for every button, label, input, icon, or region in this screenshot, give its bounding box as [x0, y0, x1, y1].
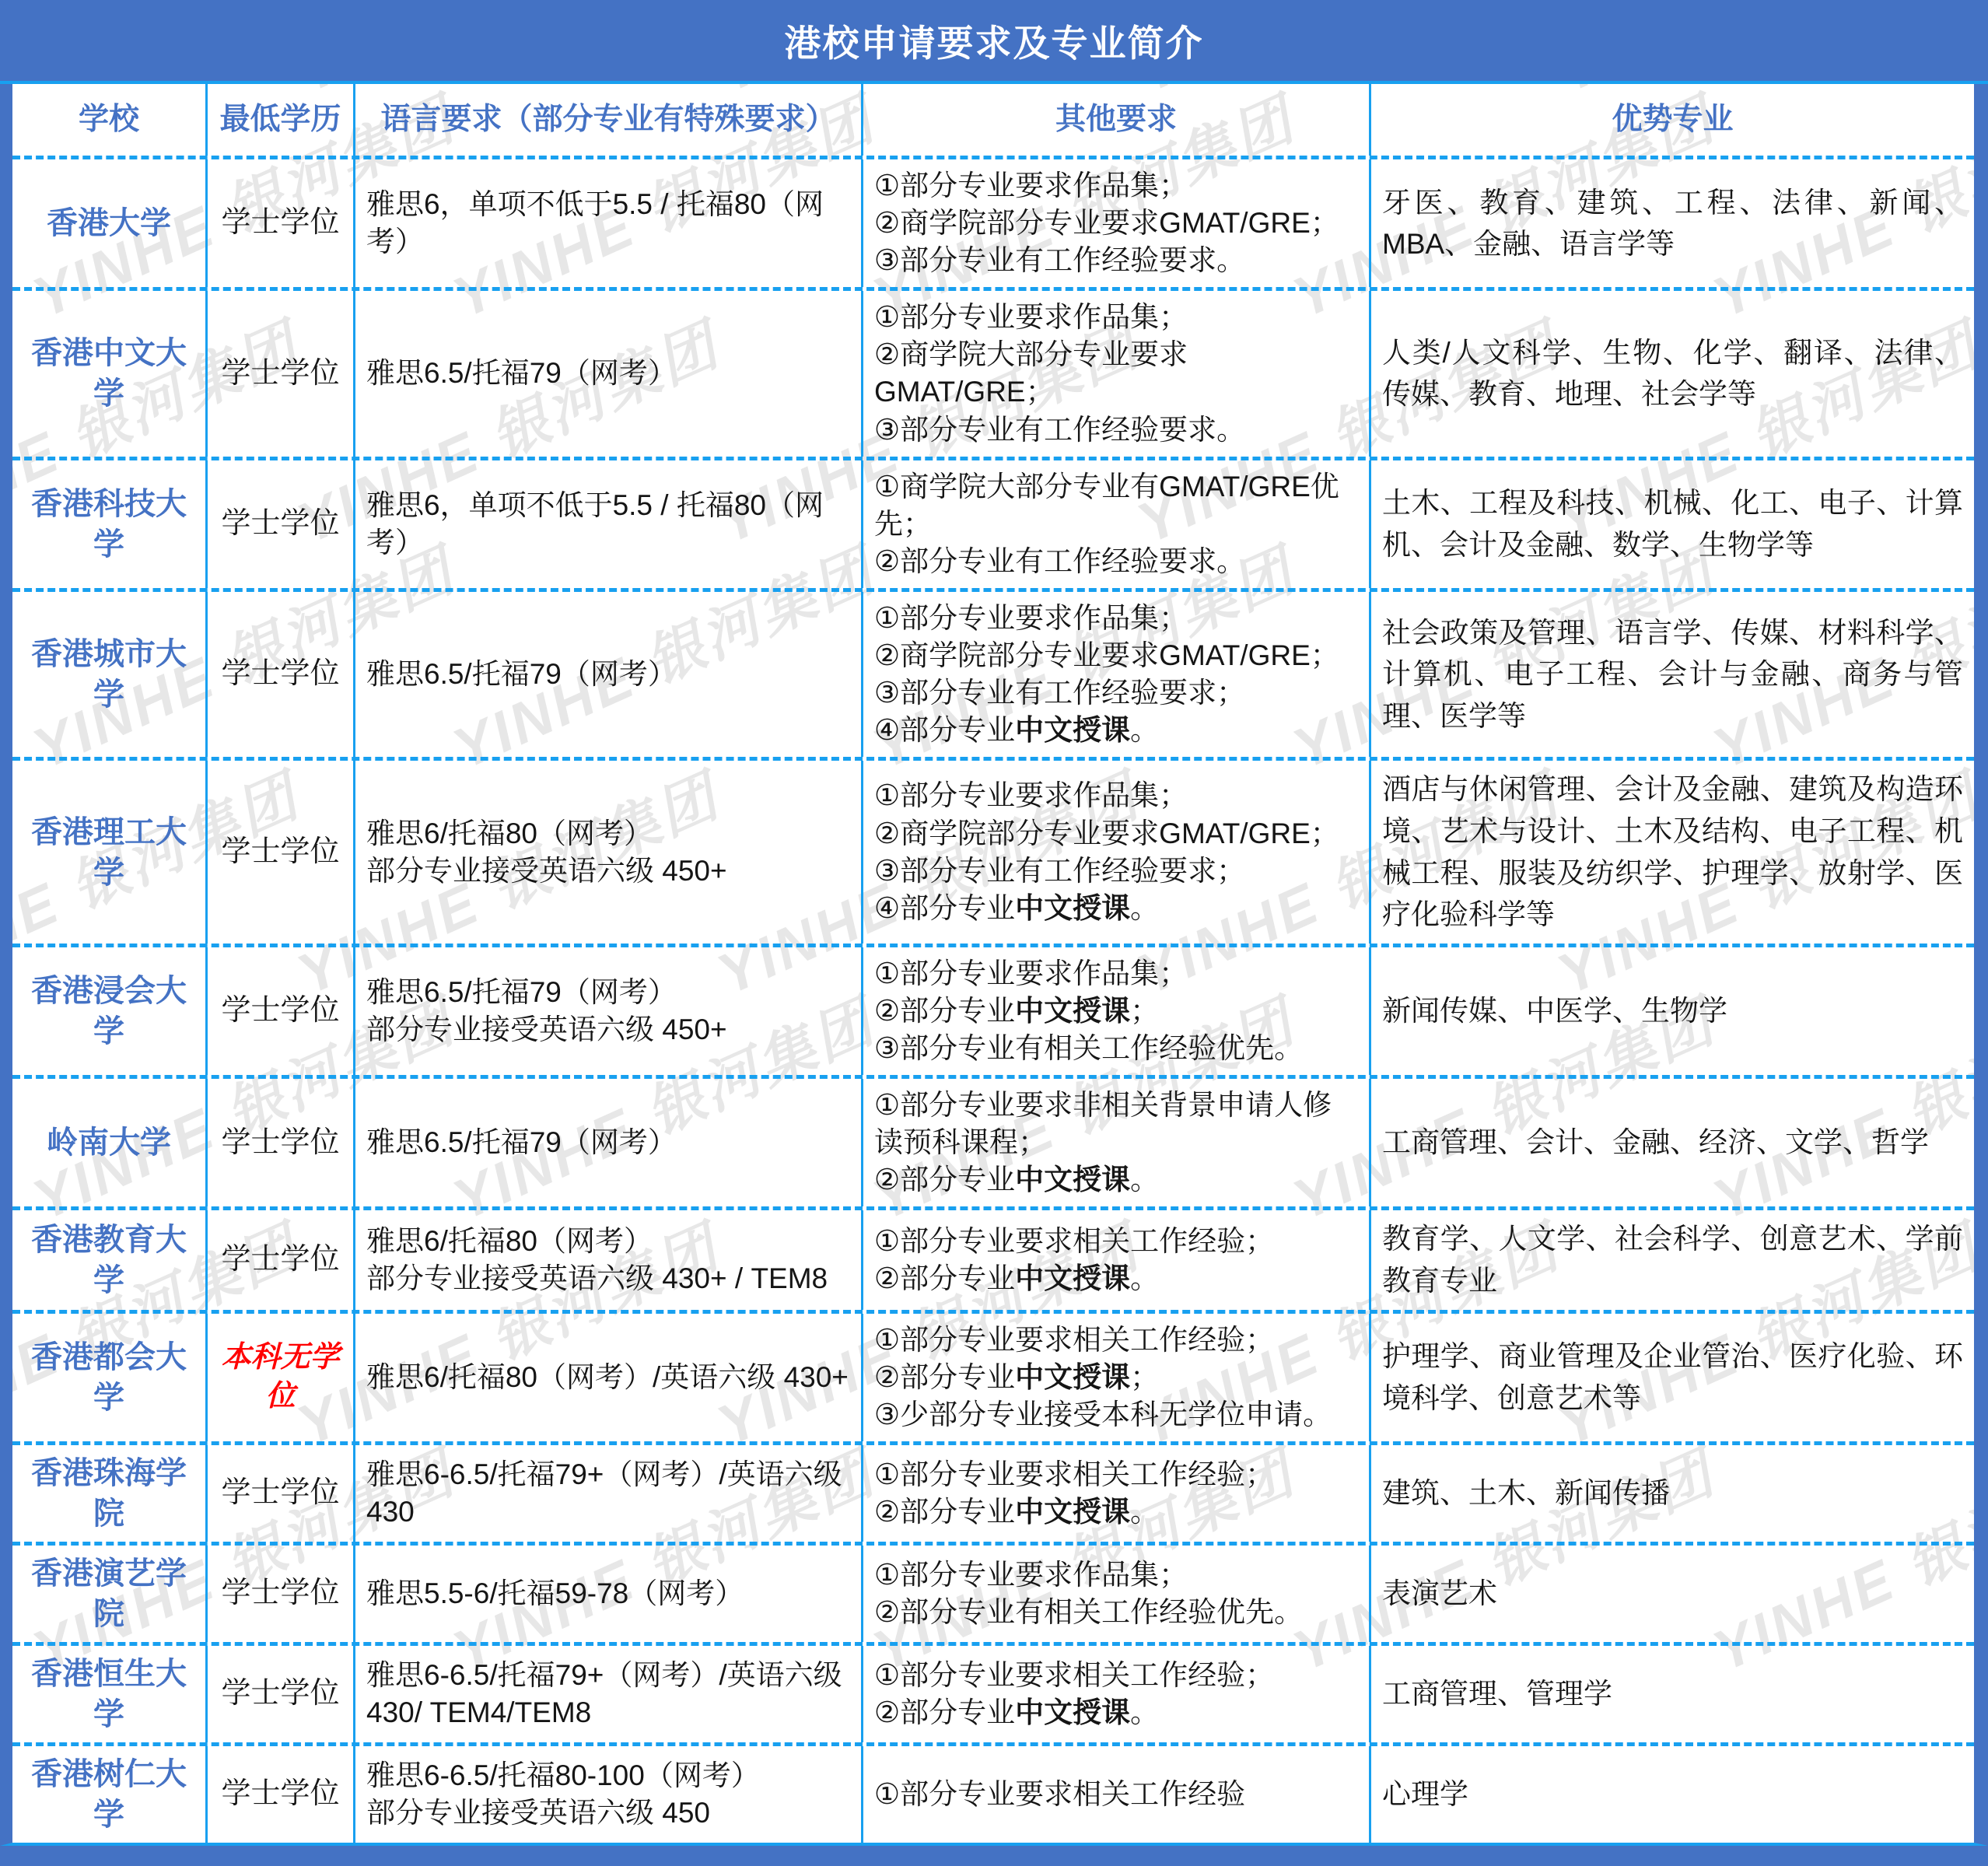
other-requirements: ①部分专业要求作品集；②部分专业中文授课；③部分专业有相关工作经验优先。: [861, 947, 1369, 1075]
other-requirement-item: ②部分专业有工作经验要求。: [874, 543, 1358, 580]
advantage-majors-text: 护理学、商业管理及企业管治、医疗化验、环境科学、创意艺术等: [1382, 1336, 1963, 1419]
other-requirement-item: ①部分专业要求相关工作经验；: [874, 1322, 1332, 1359]
other-requirement-item: ①部分专业要求相关工作经验；: [874, 1657, 1274, 1694]
language-requirement: 雅思6.5/托福79（网考）部分专业接受英语六级 450+: [353, 947, 861, 1075]
table-row: 香港浸会大学学士学位雅思6.5/托福79（网考）部分专业接受英语六级 450+①…: [12, 944, 1974, 1075]
other-requirements: ①部分专业要求作品集；②部分专业有相关工作经验优先。: [861, 1546, 1369, 1642]
advantage-majors-text: 新闻传媒、中医学、生物学: [1382, 990, 1727, 1032]
table-row: 香港中文大学学士学位雅思6.5/托福79（网考）①部分专业要求作品集；②商学院大…: [12, 287, 1974, 456]
school-name-text: 香港树仁大学: [23, 1754, 194, 1835]
language-requirement: 雅思6.5/托福79（网考）: [353, 592, 861, 757]
other-requirement-item: ②部分专业中文授课。: [874, 1260, 1274, 1297]
other-requirement-item: ①部分专业要求作品集；: [874, 955, 1303, 993]
language-line: 雅思6-6.5/托福79+（网考）/英语六级: [366, 1456, 842, 1493]
table-row: 香港都会大学本科无学位雅思6/托福80（网考）/英语六级 430+①部分专业要求…: [12, 1310, 1974, 1441]
table-header-row: 学校最低学历语言要求（部分专业有特殊要求）其他要求优势专业: [12, 84, 1974, 156]
other-requirement-item: ①部分专业要求作品集；: [874, 777, 1339, 814]
other-requirement-item: ①部分专业要求作品集；: [874, 600, 1339, 637]
other-requirement-item: ③部分专业有工作经验要求；: [874, 852, 1339, 890]
language-line: 雅思6，单项不低于5.5 / 托福80（网考）: [366, 487, 850, 562]
language-line: 雅思6/托福80（网考）: [366, 1223, 828, 1260]
other-requirement-item: ④部分专业中文授课。: [874, 712, 1339, 749]
bottom-border-bar: [0, 1846, 1988, 1866]
degree-text: 学士学位: [221, 992, 339, 1030]
advantage-majors: 社会政策及管理、语言学、传媒、材料科学、计算机、电子工程、会计与金融、商务与管理…: [1369, 592, 1974, 757]
degree-text: 学士学位: [221, 1124, 339, 1162]
other-requirement-item: ②商学院部分专业要求GMAT/GRE；: [874, 815, 1339, 852]
min-degree: 学士学位: [205, 1079, 353, 1206]
other-requirements: ①部分专业要求相关工作经验；②部分专业中文授课；③少部分专业接受本科无学位申请。: [861, 1314, 1369, 1441]
table-row: 香港教育大学学士学位雅思6/托福80（网考）部分专业接受英语六级 430+ / …: [12, 1206, 1974, 1309]
column-header-4: 其他要求: [861, 84, 1369, 156]
other-requirement-item: ①部分专业要求作品集；: [874, 167, 1339, 205]
advantage-majors: 心理学: [1369, 1746, 1974, 1843]
degree-text: 学士学位: [221, 833, 339, 871]
language-requirement: 雅思6-6.5/托福79+（网考）/英语六级430: [353, 1445, 861, 1542]
other-requirement-item: ②部分专业中文授课。: [874, 1694, 1274, 1731]
school-name: 香港恒生大学: [12, 1646, 205, 1742]
language-requirement: 雅思6.5/托福79（网考）: [353, 1079, 861, 1206]
school-name: 香港理工大学: [12, 761, 205, 944]
language-line: 部分专业接受英语六级 450: [366, 1794, 760, 1832]
language-line: 雅思6.5/托福79（网考）: [366, 656, 677, 693]
infographic-sheet: YINHE 银河集团YINHE 银河集团YINHE 银河集团YINHE 银河集团…: [0, 0, 1988, 1866]
language-requirement: 雅思6.5/托福79（网考）: [353, 291, 861, 456]
other-requirements: ①部分专业要求非相关背景申请人修读预科课程；②部分专业中文授课。: [861, 1079, 1369, 1206]
language-requirement: 雅思6，单项不低于5.5 / 托福80（网考）: [353, 159, 861, 287]
school-name: 香港城市大学: [12, 592, 205, 757]
other-requirements: ①部分专业要求作品集；②商学院部分专业要求GMAT/GRE；③部分专业有工作经验…: [861, 159, 1369, 287]
degree-no-bachelor-highlight: 本科无学位: [219, 1339, 342, 1416]
column-header-3: 语言要求（部分专业有特殊要求）: [353, 84, 861, 156]
other-requirement-item: ③部分专业有工作经验要求；: [874, 674, 1339, 712]
degree-text: 学士学位: [221, 1574, 339, 1612]
advantage-majors: 人类/人文科学、生物、化学、翻译、法律、传媒、教育、地理、社会学等: [1369, 291, 1974, 456]
advantage-majors: 工商管理、会计、金融、经济、文学、哲学: [1369, 1079, 1974, 1206]
other-requirement-item: ①部分专业要求作品集；: [874, 299, 1358, 336]
min-degree: 学士学位: [205, 1546, 353, 1642]
school-name: 香港演艺学院: [12, 1546, 205, 1642]
language-requirement: 雅思6-6.5/托福79+（网考）/英语六级430/ TEM4/TEM8: [353, 1646, 861, 1742]
school-name-text: 香港恒生大学: [23, 1654, 194, 1735]
other-requirement-item: ④部分专业中文授课。: [874, 890, 1339, 927]
advantage-majors: 护理学、商业管理及企业管治、医疗化验、环境科学、创意艺术等: [1369, 1314, 1974, 1441]
min-degree: 学士学位: [205, 1210, 353, 1309]
min-degree: 学士学位: [205, 592, 353, 757]
table-row: 香港科技大学学士学位雅思6，单项不低于5.5 / 托福80（网考）①商学院大部分…: [12, 457, 1974, 588]
school-name-text: 岭南大学: [47, 1122, 171, 1163]
other-requirements: ①部分专业要求相关工作经验；②部分专业中文授课。: [861, 1445, 1369, 1542]
other-requirement-item: ①部分专业要求相关工作经验；: [874, 1223, 1274, 1260]
language-line: 雅思6-6.5/托福80-100（网考）: [366, 1757, 760, 1794]
advantage-majors-text: 建筑、土木、新闻传播: [1382, 1472, 1670, 1514]
column-header-1: 学校: [12, 84, 205, 156]
degree-text: 学士学位: [221, 1241, 339, 1279]
min-degree: 学士学位: [205, 1646, 353, 1742]
school-name: 香港浸会大学: [12, 947, 205, 1075]
advantage-majors: 工商管理、管理学: [1369, 1646, 1974, 1742]
table-row: 香港城市大学学士学位雅思6.5/托福79（网考）①部分专业要求作品集；②商学院部…: [12, 588, 1974, 757]
school-name: 香港珠海学院: [12, 1445, 205, 1542]
language-line: 雅思5.5-6/托福59-78（网考）: [366, 1575, 744, 1612]
other-requirements: ①商学院大部分专业有GMAT/GRE优先；②部分专业有工作经验要求。: [861, 460, 1369, 588]
other-requirement-item: ②部分专业中文授课。: [874, 1493, 1274, 1531]
other-requirement-item: ③部分专业有相关工作经验优先。: [874, 1030, 1303, 1067]
other-requirement-item: ③部分专业有工作经验要求。: [874, 411, 1358, 449]
degree-text: 学士学位: [221, 505, 339, 543]
other-requirement-item: ①部分专业要求相关工作经验: [874, 1776, 1245, 1813]
language-requirement: 雅思6/托福80（网考）/英语六级 430+: [353, 1314, 861, 1441]
other-requirement-item: ②部分专业有相关工作经验优先。: [874, 1594, 1303, 1631]
degree-text: 学士学位: [221, 1675, 339, 1713]
other-requirement-item: ①商学院大部分专业有GMAT/GRE优先；: [874, 468, 1358, 543]
school-name: 香港树仁大学: [12, 1746, 205, 1843]
language-line: 雅思6/托福80（网考）/英语六级 430+: [366, 1359, 849, 1396]
language-line: 雅思6，单项不低于5.5 / 托福80（网考）: [366, 186, 850, 261]
other-requirement-item: ②部分专业中文授课。: [874, 1161, 1358, 1199]
language-line: 430/ TEM4/TEM8: [366, 1694, 842, 1731]
school-name-text: 香港演艺学院: [23, 1553, 194, 1634]
page-title: 港校申请要求及专业简介: [785, 15, 1204, 67]
advantage-majors-text: 人类/人文科学、生物、化学、翻译、法律、传媒、教育、地理、社会学等: [1382, 332, 1963, 415]
degree-text: 学士学位: [221, 355, 339, 393]
other-requirements: ①部分专业要求相关工作经验；②部分专业中文授课。: [861, 1646, 1369, 1742]
advantage-majors-text: 牙医、教育、建筑、工程、法律、新闻、MBA、金融、语言学等: [1382, 182, 1963, 265]
degree-text: 学士学位: [221, 204, 339, 242]
table-row: 香港恒生大学学士学位雅思6-6.5/托福79+（网考）/英语六级430/ TEM…: [12, 1642, 1974, 1742]
min-degree: 学士学位: [205, 1746, 353, 1843]
language-line: 雅思6.5/托福79（网考）: [366, 1124, 677, 1161]
other-requirement-item: ③部分专业有工作经验要求。: [874, 242, 1339, 279]
advantage-majors: 教育学、人文学、社会科学、创意艺术、学前教育专业: [1369, 1210, 1974, 1309]
other-requirement-item: ③少部分专业接受本科无学位申请。: [874, 1396, 1332, 1434]
advantage-majors-text: 心理学: [1382, 1773, 1468, 1815]
advantage-majors-text: 教育学、人文学、社会科学、创意艺术、学前教育专业: [1382, 1218, 1963, 1301]
school-name-text: 香港都会大学: [23, 1337, 194, 1418]
other-requirement-item: ①部分专业要求非相关背景申请人修读预科课程；: [874, 1087, 1358, 1161]
degree-text: 学士学位: [221, 1775, 339, 1813]
advantage-majors: 牙医、教育、建筑、工程、法律、新闻、MBA、金融、语言学等: [1369, 159, 1974, 287]
language-requirement: 雅思6-6.5/托福80-100（网考）部分专业接受英语六级 450: [353, 1746, 861, 1843]
column-header-5: 优势专业: [1369, 84, 1974, 156]
table-row: 香港树仁大学学士学位雅思6-6.5/托福80-100（网考）部分专业接受英语六级…: [12, 1742, 1974, 1843]
advantage-majors: 新闻传媒、中医学、生物学: [1369, 947, 1974, 1075]
min-degree: 学士学位: [205, 1445, 353, 1542]
school-name-text: 香港科技大学: [23, 484, 194, 565]
advantage-majors-text: 土木、工程及科技、机械、化工、电子、计算机、会计及金融、数学、生物学等: [1382, 482, 1963, 565]
advantage-majors: 建筑、土木、新闻传播: [1369, 1445, 1974, 1542]
language-line: 430: [366, 1493, 842, 1531]
min-degree: 学士学位: [205, 460, 353, 588]
language-requirement: 雅思6，单项不低于5.5 / 托福80（网考）: [353, 460, 861, 588]
school-name-text: 香港浸会大学: [23, 971, 194, 1052]
advantage-majors-text: 工商管理、会计、金融、经济、文学、哲学: [1382, 1122, 1929, 1164]
language-requirement: 雅思6/托福80（网考）部分专业接受英语六级 430+ / TEM8: [353, 1210, 861, 1309]
advantage-majors-text: 工商管理、管理学: [1382, 1673, 1612, 1715]
school-name-text: 香港理工大学: [23, 812, 194, 893]
min-degree: 学士学位: [205, 159, 353, 287]
school-name-text: 香港大学: [47, 203, 171, 243]
other-requirements: ①部分专业要求相关工作经验；②部分专业中文授课。: [861, 1210, 1369, 1309]
other-requirement-item: ②商学院部分专业要求GMAT/GRE；: [874, 205, 1339, 242]
advantage-majors-text: 社会政策及管理、语言学、传媒、材料科学、计算机、电子工程、会计与金融、商务与管理…: [1382, 612, 1963, 737]
advantage-majors-text: 表演艺术: [1382, 1573, 1497, 1615]
language-line: 雅思6.5/托福79（网考）: [366, 355, 677, 392]
school-name-text: 香港珠海学院: [23, 1453, 194, 1534]
other-requirements: ①部分专业要求作品集；②商学院部分专业要求GMAT/GRE；③部分专业有工作经验…: [861, 592, 1369, 757]
school-name-text: 香港教育大学: [23, 1220, 194, 1301]
table-row: 香港大学学士学位雅思6，单项不低于5.5 / 托福80（网考）①部分专业要求作品…: [12, 156, 1974, 287]
other-requirements: ①部分专业要求作品集；②商学院大部分专业要求GMAT/GRE；③部分专业有工作经…: [861, 291, 1369, 456]
table-row: 香港演艺学院学士学位雅思5.5-6/托福59-78（网考）①部分专业要求作品集；…: [12, 1542, 1974, 1642]
school-name: 香港都会大学: [12, 1314, 205, 1441]
language-line: 部分专业接受英语六级 450+: [366, 1011, 727, 1049]
other-requirements: ①部分专业要求相关工作经验: [861, 1746, 1369, 1843]
table-row: 香港理工大学学士学位雅思6/托福80（网考）部分专业接受英语六级 450+①部分…: [12, 757, 1974, 944]
other-requirement-item: ②商学院部分专业要求GMAT/GRE；: [874, 637, 1339, 674]
school-name: 岭南大学: [12, 1079, 205, 1206]
school-name: 香港中文大学: [12, 291, 205, 456]
language-line: 雅思6.5/托福79（网考）: [366, 974, 727, 1011]
language-requirement: 雅思6/托福80（网考）部分专业接受英语六级 450+: [353, 761, 861, 944]
advantage-majors: 表演艺术: [1369, 1546, 1974, 1642]
advantage-majors-text: 酒店与休闲管理、会计及金融、建筑及构造环境、艺术与设计、土木及结构、电子工程、机…: [1382, 768, 1963, 936]
other-requirements: ①部分专业要求作品集；②商学院部分专业要求GMAT/GRE；③部分专业有工作经验…: [861, 761, 1369, 944]
min-degree: 学士学位: [205, 291, 353, 456]
school-name-text: 香港中文大学: [23, 333, 194, 414]
language-requirement: 雅思5.5-6/托福59-78（网考）: [353, 1546, 861, 1642]
requirements-table: 学校最低学历语言要求（部分专业有特殊要求）其他要求优势专业 香港大学学士学位雅思…: [0, 84, 1988, 1846]
language-line: 雅思6-6.5/托福79+（网考）/英语六级: [366, 1657, 842, 1694]
language-line: 雅思6/托福80（网考）: [366, 815, 727, 852]
other-requirement-item: ②商学院大部分专业要求GMAT/GRE；: [874, 336, 1358, 411]
other-requirement-item: ②部分专业中文授课；: [874, 1359, 1332, 1396]
school-name: 香港大学: [12, 159, 205, 287]
min-degree: 学士学位: [205, 947, 353, 1075]
min-degree: 本科无学位: [205, 1314, 353, 1441]
degree-text: 学士学位: [221, 1474, 339, 1512]
language-line: 部分专业接受英语六级 450+: [366, 852, 727, 890]
table-row: 香港珠海学院学士学位雅思6-6.5/托福79+（网考）/英语六级430①部分专业…: [12, 1441, 1974, 1542]
table-row: 岭南大学学士学位雅思6.5/托福79（网考）①部分专业要求非相关背景申请人修读预…: [12, 1075, 1974, 1206]
school-name: 香港科技大学: [12, 460, 205, 588]
title-bar: 港校申请要求及专业简介: [0, 0, 1988, 84]
other-requirement-item: ①部分专业要求作品集；: [874, 1556, 1303, 1594]
language-line: 部分专业接受英语六级 430+ / TEM8: [366, 1260, 828, 1297]
advantage-majors: 土木、工程及科技、机械、化工、电子、计算机、会计及金融、数学、生物学等: [1369, 460, 1974, 588]
school-name-text: 香港城市大学: [23, 634, 194, 715]
column-header-2: 最低学历: [205, 84, 353, 156]
degree-text: 学士学位: [221, 655, 339, 693]
min-degree: 学士学位: [205, 761, 353, 944]
other-requirement-item: ①部分专业要求相关工作经验；: [874, 1456, 1274, 1493]
school-name: 香港教育大学: [12, 1210, 205, 1309]
other-requirement-item: ②部分专业中文授课；: [874, 993, 1303, 1030]
advantage-majors: 酒店与休闲管理、会计及金融、建筑及构造环境、艺术与设计、土木及结构、电子工程、机…: [1369, 761, 1974, 944]
